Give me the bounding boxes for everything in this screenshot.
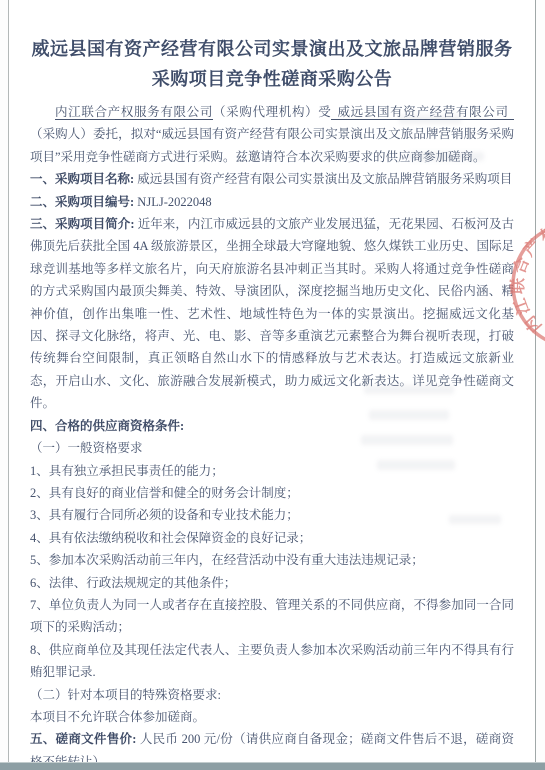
special-requirements-header: （二）针对本项目的特殊资格要求: [30, 684, 514, 706]
document-body: 内江联合产权服务有限公司（采购代理机构）受威远县国有资产经营有限公司（采购人）委… [30, 101, 514, 770]
requirement-item-4: 4、具有依法缴纳税收和社会保障资金的良好记录； [30, 527, 514, 549]
intro-text-2: （采购人）委托，拟对“威远县国有资产经营有限公司实景演出及文旅品牌营销服务采购项… [30, 127, 514, 163]
document-page: 威远县国有资产经营有限公司实景演出及文旅品牌营销服务 采购项目竞争性磋商采购公告… [8, 0, 536, 763]
section-4-label: 四、合格的供应商资格条件: [30, 419, 184, 433]
document-title-line1: 威远县国有资产经营有限公司实景演出及文旅品牌营销服务 [30, 34, 514, 64]
scan-bottom-edge [0, 762, 545, 770]
agency-name-underlined: 内江联合产权服务有限公司 [55, 105, 213, 120]
section-3-label: 三、采购项目简介: [30, 217, 135, 231]
intro-text-1: （采购代理机构）受 [213, 105, 332, 119]
intro-paragraph: 内江联合产权服务有限公司（采购代理机构）受威远县国有资产经营有限公司（采购人）委… [30, 101, 514, 168]
purchaser-name-underlined: 威远县国有资产经营有限公司 [331, 105, 513, 120]
requirement-item-7: 7、单位负责人为同一人或者存在直接控股、管理关系的不同供应商，不得参加同一合同项… [30, 594, 514, 639]
requirement-item-1: 1、具有独立承担民事责任的能力； [30, 460, 514, 482]
section-4-qualifications-header: 四、合格的供应商资格条件: [30, 415, 514, 437]
requirement-item-8: 8、供应商单位及其现任法定代表人、主要负责人参加本次采购活动前三年内不得具有行贿… [30, 639, 514, 684]
special-requirements-text: 本项目不允许联合体参加磋商。 [30, 706, 514, 728]
requirement-item-5: 5、参加本次采购活动前三年内，在经营活动中没有重大违法违规记录； [30, 549, 514, 571]
requirement-item-2: 2、具有良好的商业信誉和健全的财务会计制度； [30, 482, 514, 504]
section-1-label: 一、采购项目名称: [30, 172, 134, 186]
section-3-project-intro: 三、采购项目简介: 近年来，内江市威远县的文旅产业发展迅猛，无花果园、石板河及古… [30, 213, 514, 415]
section-2-text: NJLJ-2022048 [137, 195, 211, 209]
scanned-document: 威远县国有资产经营有限公司实景演出及文旅品牌营销服务 采购项目竞争性磋商采购公告… [0, 0, 545, 770]
document-title-line2: 采购项目竞争性磋商采购公告 [30, 64, 514, 94]
general-requirements-header: （一）一般资格要求 [30, 437, 514, 459]
section-2-label: 二、采购项目编号: [30, 195, 134, 209]
section-1-project-name: 一、采购项目名称: 威远县国有资产经营有限公司实景演出及文旅品牌营销服务采购项目 [30, 168, 514, 190]
section-2-project-number: 二、采购项目编号: NJLJ-2022048 [30, 191, 514, 213]
requirement-item-3: 3、具有履行合同所必须的设备和专业技术能力； [30, 504, 514, 526]
section-5-label: 五、磋商文件售价: [30, 732, 136, 746]
section-3-text: 近年来，内江市威远县的文旅产业发展迅猛，无花果园、石板河及古佛顶先后获批全国 4… [30, 217, 514, 410]
requirement-item-6: 6、法律、行政法规规定的其他条件； [30, 572, 514, 594]
section-1-text: 威远县国有资产经营有限公司实景演出及文旅品牌营销服务采购项目 [137, 172, 512, 186]
